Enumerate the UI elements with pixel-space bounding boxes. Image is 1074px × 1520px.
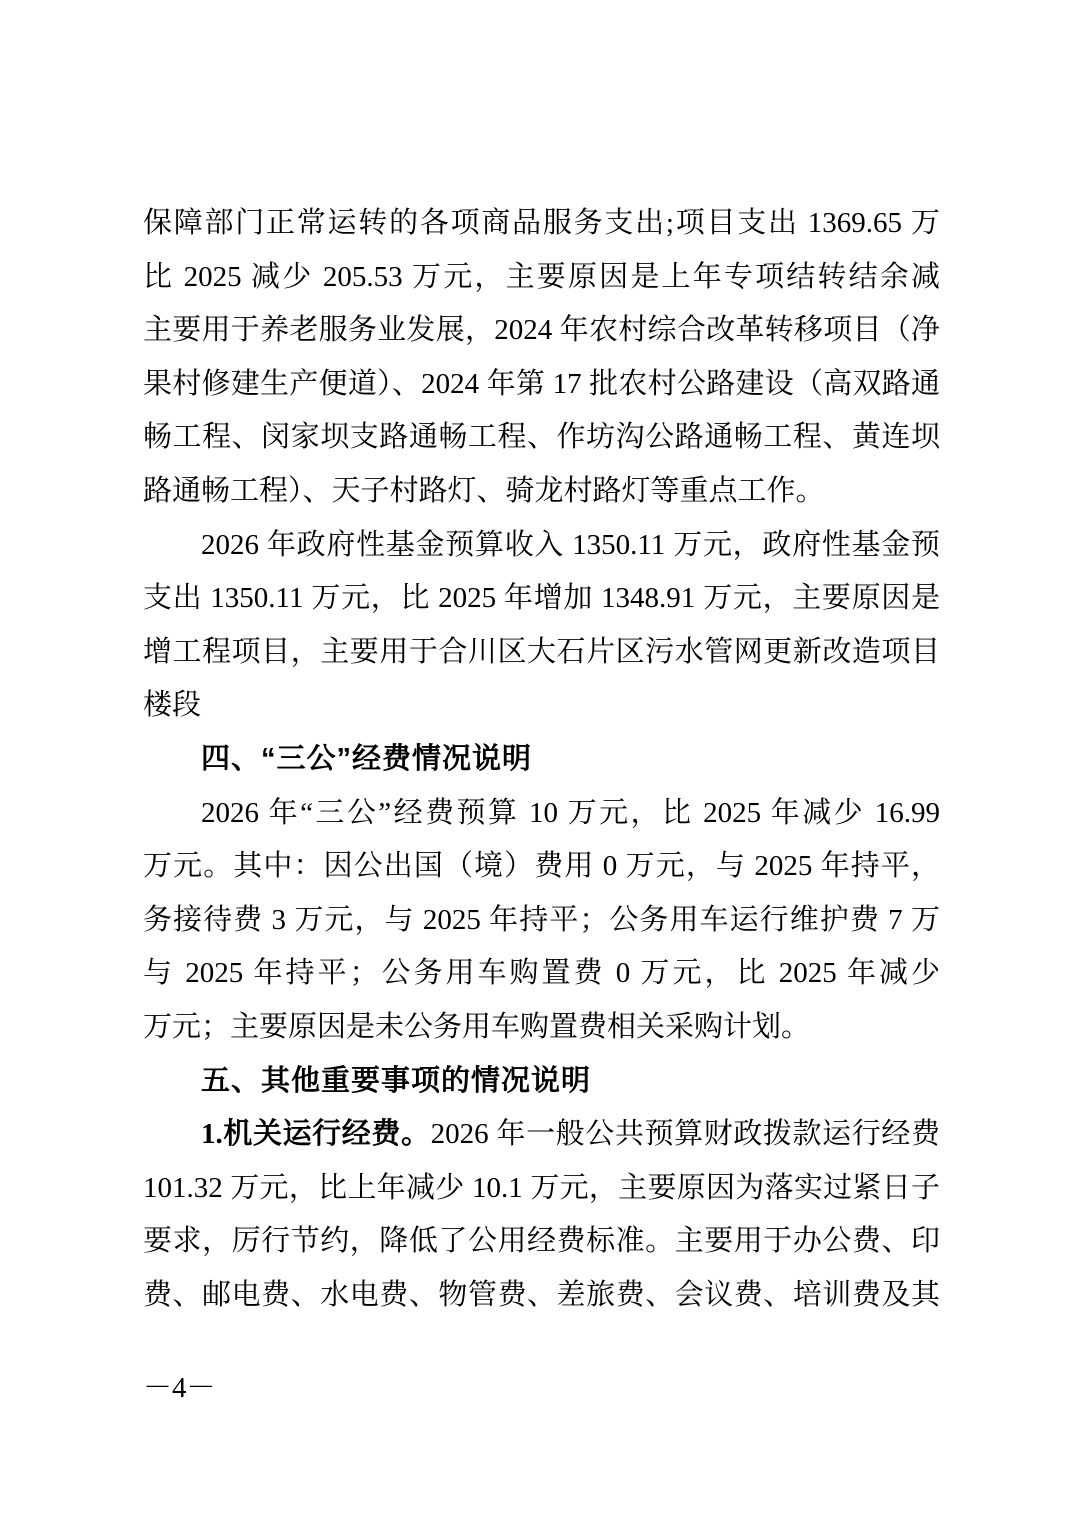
text-segment: 费、邮电费、水电费、物管费、差旅费、会议费、培训费及其他 [143, 1279, 940, 1323]
text-line: 务接待费 3 万元，与 2025 年持平；公务用车运行维护费 7 万元， [143, 894, 940, 948]
text-segment: 主要用于养老服务业发展，2024 年农村综合改革转移项目（净 [143, 314, 940, 346]
text-segment: 与 2025 年持平；公务用车购置费 0 万元，比 2025 年减少 16.99 [143, 957, 940, 1001]
document-page: 保障部门正常运转的各项商品服务支出;项目支出 1369.65 万元，比 2025… [0, 0, 1074, 1520]
text-segment: 果村修建生产便道）、2024 年第 17 批农村公路建设（高双路通 [143, 368, 940, 400]
text-segment: 楼段 [143, 689, 201, 721]
text-line: 101.32 万元，比上年减少 10.1 万元，主要原因为落实过紧日子 [143, 1162, 940, 1216]
text-line: 果村修建生产便道）、2024 年第 17 批农村公路建设（高双路通 [143, 358, 940, 412]
text-line: 万元。其中：因公出国（境）费用 0 万元，与 2025 年持平，公 [143, 840, 940, 894]
text-segment: 万元；主要原因是未公务用车购置费相关采购计划。 [143, 1011, 810, 1043]
text-line: 2026 年“三公”经费预算 10 万元，比 2025 年减少 16.99 [143, 787, 940, 841]
section-heading: 四、“三公”经费情况说明 [143, 733, 940, 787]
text-line: 比 2025 减少 205.53 万元，主要原因是上年专项结转结余减少， [143, 251, 940, 305]
text-line: 支出 1350.11 万元，比 2025 年增加 1348.91 万元，主要原因… [143, 572, 940, 626]
section-heading: 五、其他重要事项的情况说明 [143, 1055, 940, 1109]
text-line: 主要用于养老服务业发展，2024 年农村综合改革转移项目（净 [143, 304, 940, 358]
text-line: 保障部门正常运转的各项商品服务支出;项目支出 1369.65 万元， [143, 197, 940, 251]
text-line: 楼段 [143, 679, 940, 733]
text-line: 路通畅工程）、天子村路灯、骑龙村路灯等重点工作。 [143, 465, 940, 519]
text-segment: 支出 1350.11 万元，比 2025 年增加 1348.91 万元，主要原因… [143, 582, 940, 626]
text-segment: 四、“三公”经费情况说明 [201, 743, 532, 775]
text-line: 要求，厉行节约，降低了公用经费标准。主要用于办公费、印刷 [143, 1215, 940, 1269]
text-segment: 畅工程、闵家坝支路通畅工程、作坊沟公路通畅工程、黄连坝支 [143, 421, 940, 465]
document-body: 保障部门正常运转的各项商品服务支出;项目支出 1369.65 万元，比 2025… [143, 197, 940, 1322]
text-segment: 比 2025 减少 205.53 万元，主要原因是上年专项结转结余减少， [143, 261, 940, 305]
text-line: 2026 年政府性基金预算收入 1350.11 万元，政府性基金预算 [143, 519, 940, 573]
text-segment: 101.32 万元，比上年减少 10.1 万元，主要原因为落实过紧日子 [143, 1172, 940, 1204]
text-segment: 2026 年“三公”经费预算 10 万元，比 2025 年减少 16.99 [201, 797, 940, 829]
page-number: －4－ [143, 1372, 216, 1404]
text-segment: 增工程项目，主要用于合川区大石片区污水管网更新改造项目古 [143, 636, 940, 680]
text-segment: 务接待费 3 万元，与 2025 年持平；公务用车运行维护费 7 万元， [143, 904, 940, 948]
text-segment: 要求，厉行节约，降低了公用经费标准。主要用于办公费、印刷 [143, 1225, 940, 1269]
text-segment: 路通畅工程）、天子村路灯、骑龙村路灯等重点工作。 [143, 475, 825, 507]
text-segment: 1.机关运行经费。 [201, 1118, 431, 1150]
text-line: 增工程项目，主要用于合川区大石片区污水管网更新改造项目古 [143, 626, 940, 680]
text-line: 与 2025 年持平；公务用车购置费 0 万元，比 2025 年减少 16.99 [143, 947, 940, 1001]
text-segment: 保障部门正常运转的各项商品服务支出;项目支出 1369.65 万元， [143, 207, 940, 251]
text-line: 万元；主要原因是未公务用车购置费相关采购计划。 [143, 1001, 940, 1055]
text-segment: 五、其他重要事项的情况说明 [201, 1065, 591, 1097]
text-line: 费、邮电费、水电费、物管费、差旅费、会议费、培训费及其他 [143, 1269, 940, 1323]
text-line: 1.机关运行经费。2026 年一般公共预算财政拨款运行经费 [143, 1108, 940, 1162]
text-line: 畅工程、闵家坝支路通畅工程、作坊沟公路通畅工程、黄连坝支 [143, 411, 940, 465]
text-segment: 2026 年一般公共预算财政拨款运行经费 [431, 1118, 940, 1150]
text-segment: 万元。其中：因公出国（境）费用 0 万元，与 2025 年持平，公 [143, 850, 940, 894]
text-segment: 2026 年政府性基金预算收入 1350.11 万元，政府性基金预算 [201, 529, 940, 573]
